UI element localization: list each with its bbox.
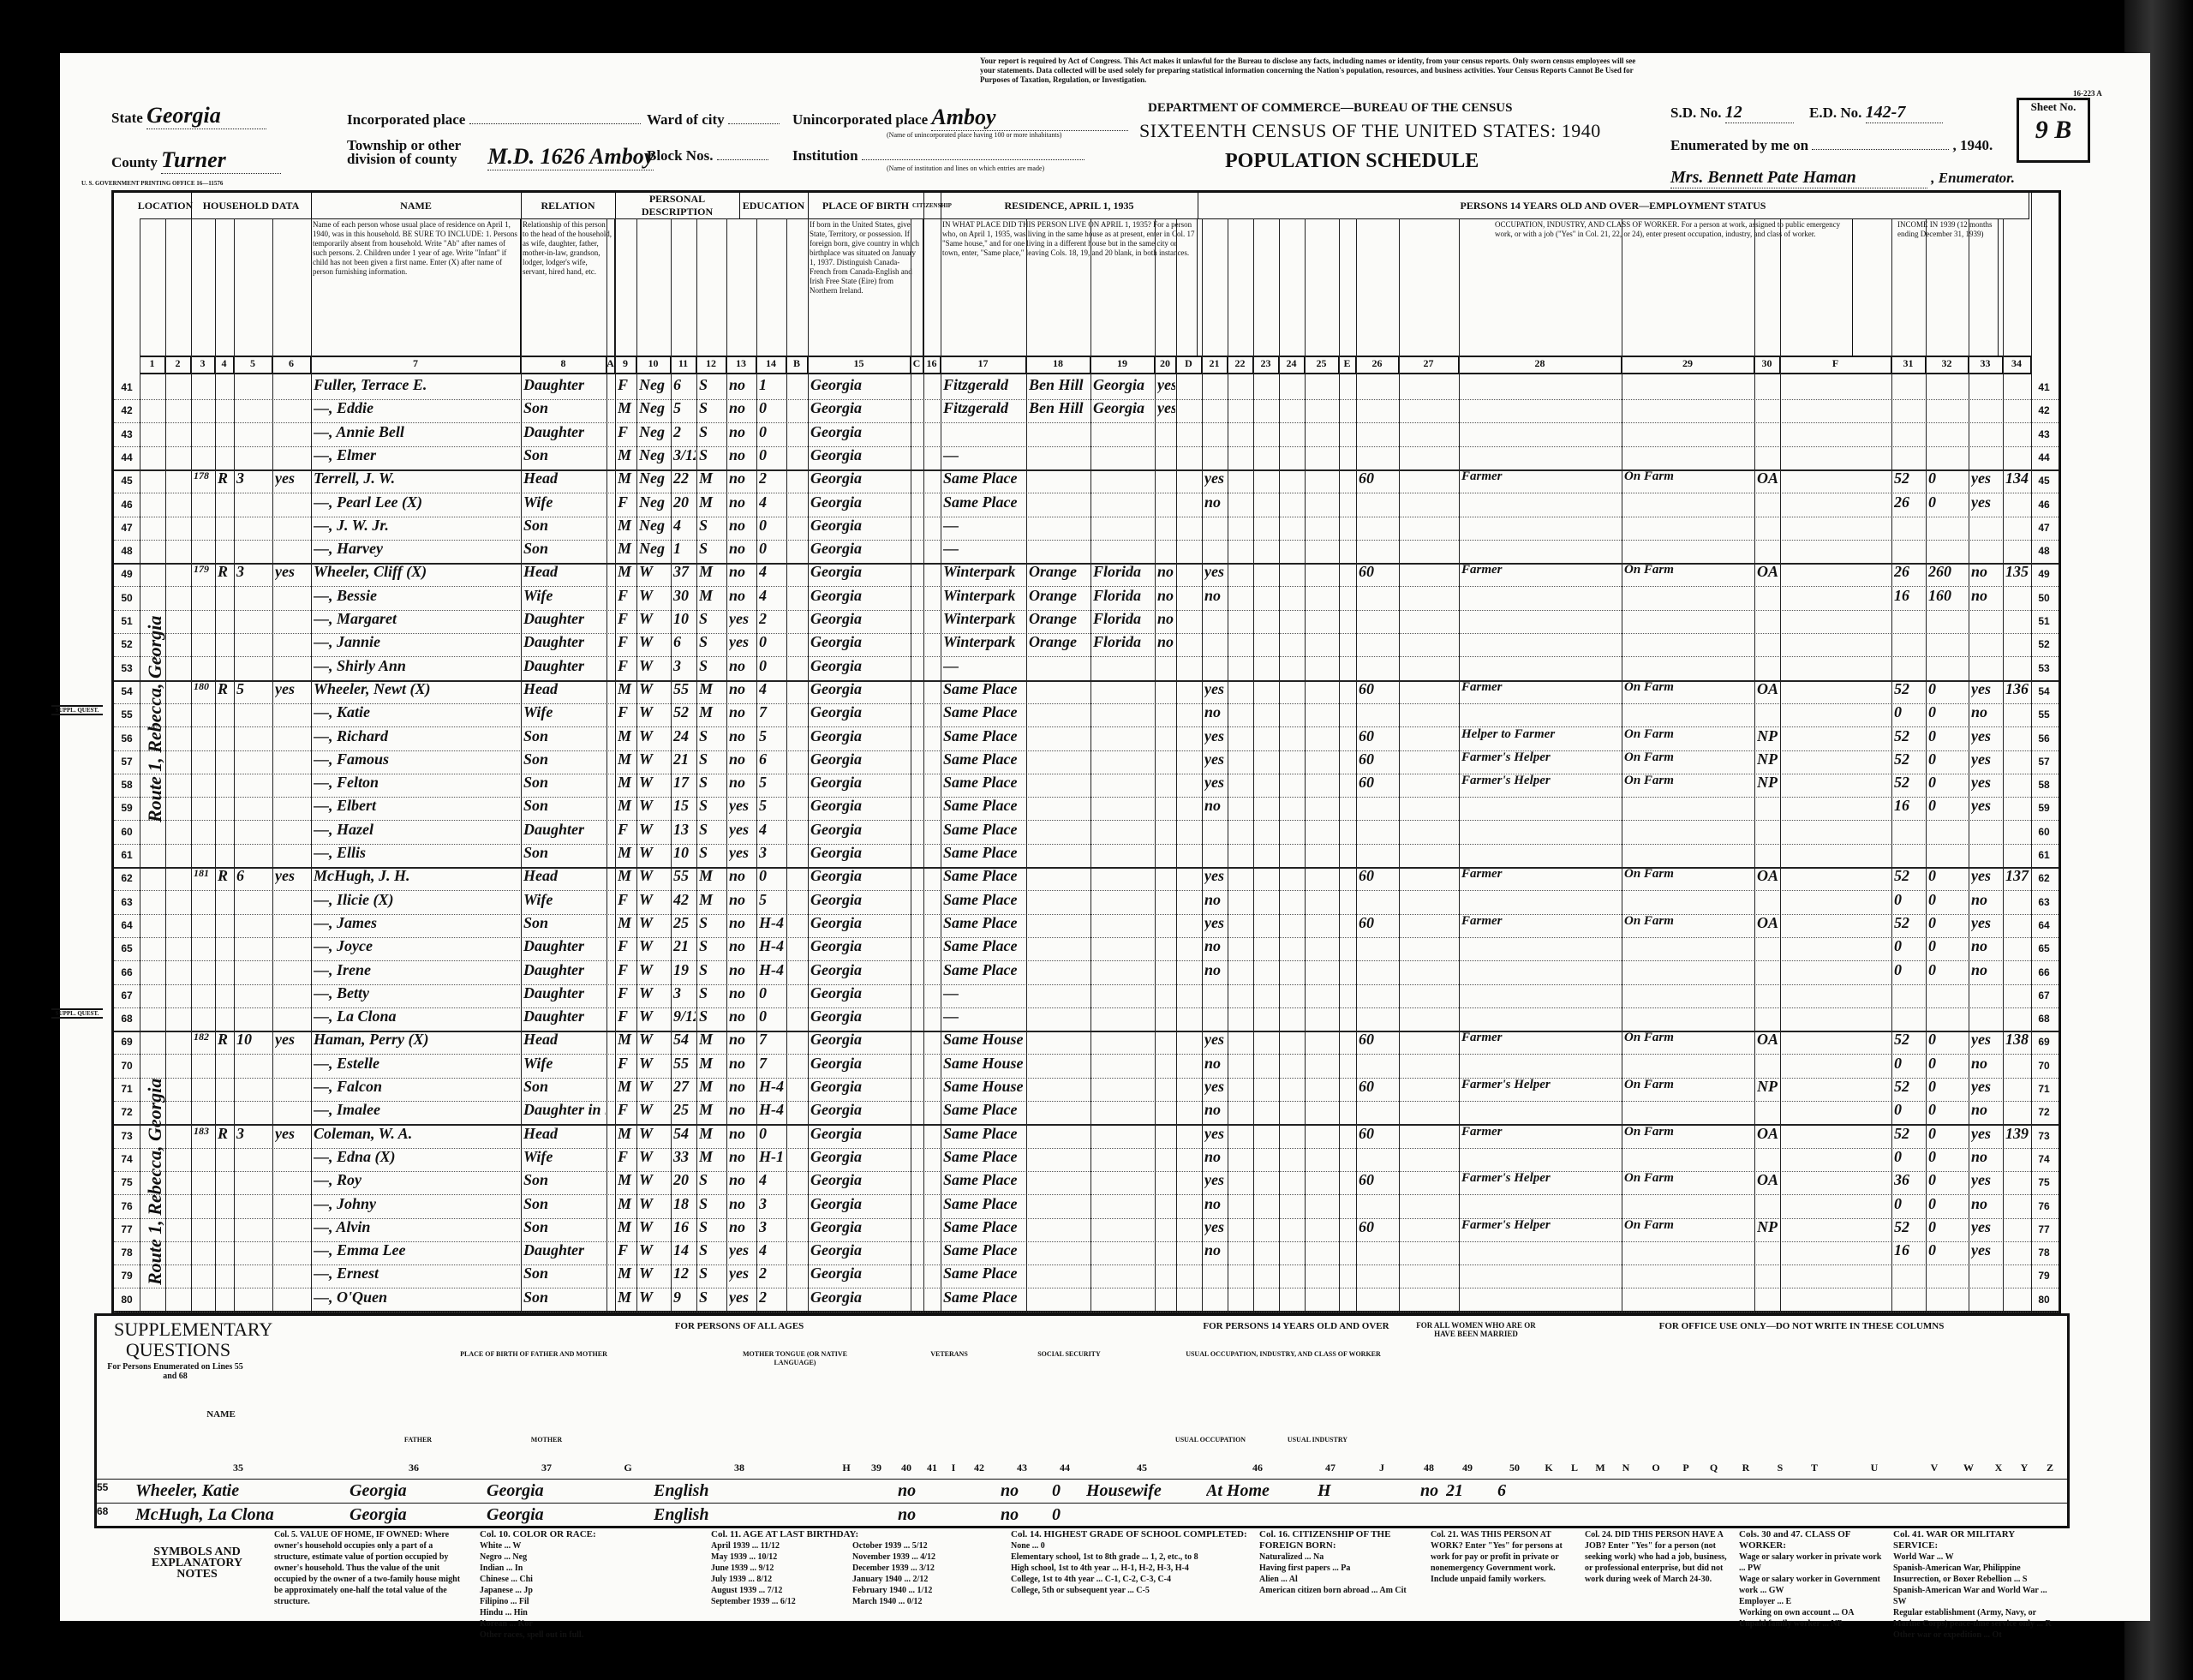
cell-value: [236, 1101, 272, 1123]
cell-res-county: [1029, 1148, 1090, 1170]
column-number: 10: [636, 356, 671, 374]
cell-res-state: [1093, 821, 1154, 843]
cell-marital: S: [699, 797, 726, 819]
cell-school: yes: [729, 610, 756, 632]
cell-wages: 0: [1928, 867, 1968, 889]
cell-race: W: [639, 610, 670, 632]
cell-hours: [1359, 1101, 1398, 1123]
table-row: 6969182R10yesHaman, Perry (X)HeadMW54Mno…: [114, 1029, 2059, 1055]
cell-dwelling: [194, 1055, 214, 1077]
cell-dwelling: [194, 1195, 214, 1217]
cell-school: yes: [729, 797, 756, 819]
column-divider: [1026, 218, 1027, 1311]
cell-class: [1757, 703, 1779, 726]
line-number-right: 52: [2031, 638, 2057, 650]
cell-class: NP: [1757, 774, 1779, 796]
cell-res-city: Fitzgerald: [943, 376, 1025, 398]
cell-hours: 60: [1359, 867, 1398, 889]
column-divider: [2031, 193, 2032, 1311]
cell-at-work: [1204, 984, 1227, 1007]
column-number: 7: [311, 356, 521, 374]
line-number: 78: [114, 1247, 140, 1259]
supp-cell-mother: Georgia: [487, 1481, 607, 1504]
cell-race: W: [639, 1007, 670, 1030]
line-number: 70: [114, 1060, 140, 1072]
cell-age: 55: [673, 1055, 696, 1077]
cell-industry: On Farm: [1624, 680, 1754, 702]
column-divider: [1356, 218, 1357, 1311]
cell-farm-no: [2005, 1101, 2030, 1123]
cell-farm: yes: [275, 1031, 310, 1053]
cell-occupation: [1461, 821, 1621, 843]
line-number: 44: [114, 451, 140, 463]
supp-cell-occupation: Housewife: [1086, 1481, 1198, 1504]
cell-weeks: 52: [1894, 1078, 1925, 1100]
cell-res-county: [1029, 797, 1090, 819]
cell-dwelling: 180: [194, 680, 214, 702]
note-col24: Col. 24. DID THIS PERSON HAVE A JOB? Ent…: [1585, 1529, 1730, 1585]
cell-birthplace: Georgia: [810, 657, 910, 679]
col-father: FATHER: [354, 1436, 482, 1444]
cell-res-county: [1029, 517, 1090, 539]
cell-wages: [1928, 657, 1968, 679]
note-item: February 1940 ... 1/12: [852, 1585, 985, 1596]
cell-farm-no: [2005, 633, 2030, 655]
cell-value: [236, 657, 272, 679]
cell-at-work: [1204, 446, 1227, 469]
cell-birthplace: Georgia: [810, 633, 910, 655]
line-number-right: 65: [2031, 942, 2057, 954]
column-number: 14: [756, 356, 786, 374]
cell-own: [218, 750, 233, 773]
cell-hours: 60: [1359, 774, 1398, 796]
cell-value: 6: [236, 867, 272, 889]
cell-class: [1757, 657, 1779, 679]
supp-column-number: 38: [645, 1462, 834, 1474]
supp-column-number: 35: [131, 1462, 345, 1474]
cell-res-state: Georgia: [1093, 376, 1154, 398]
cell-value: [236, 1055, 272, 1077]
supp-cell-children: [1497, 1505, 1532, 1528]
cell-value: [236, 844, 272, 866]
cell-occupation: [1461, 844, 1621, 866]
note-item: Chinese ... Chi: [480, 1574, 677, 1585]
cell-name: —, Pearl Lee (X): [314, 493, 520, 516]
cell-marital: M: [699, 1148, 726, 1170]
cell-class: [1757, 399, 1779, 421]
cell-wages: 0: [1928, 1195, 1968, 1217]
table-row: 6666—, IreneDaughterFW19SnoH-4GeorgiaSam…: [114, 960, 2059, 985]
cell-res-farm: [1157, 680, 1175, 702]
table-row: 6767—, BettyDaughterFW3Sno0Georgia—: [114, 983, 2059, 1008]
cell-sex: F: [618, 1007, 636, 1030]
county-value: Turner: [161, 147, 281, 174]
line-number-right: 51: [2031, 615, 2057, 627]
cell-res-county: Ben Hill: [1029, 376, 1090, 398]
table-row: 5858—, FeltonSonMW17Sno5GeorgiaSame Plac…: [114, 772, 2059, 798]
cell-other-income: yes: [1971, 867, 2002, 889]
cell-res-county: [1029, 1007, 1090, 1030]
cell-at-work: [1204, 399, 1227, 421]
cell-farm: [275, 984, 310, 1007]
cell-own: [218, 423, 233, 445]
cell-res-farm: [1157, 540, 1175, 562]
cell-grade: H-4: [759, 961, 786, 983]
cell-other-income: [1971, 657, 2002, 679]
cell-relation: Wife: [523, 1148, 606, 1170]
cell-at-work: yes: [1204, 1218, 1227, 1241]
cell-marital: S: [699, 984, 726, 1007]
cell-marital: S: [699, 540, 726, 562]
cell-res-farm: [1157, 774, 1175, 796]
table-row: 4141Fuller, Terrace E.DaughterFNeg6Sno1G…: [114, 374, 2059, 400]
cell-industry: [1624, 657, 1754, 679]
cell-res-farm: [1157, 1288, 1175, 1311]
cell-res-state: [1093, 961, 1154, 983]
col-usual-industry: USUAL INDUSTRY: [1262, 1436, 1373, 1444]
column-number: 4: [215, 356, 234, 374]
line-number-right: 47: [2031, 522, 2057, 534]
cell-wages: 0: [1928, 727, 1968, 750]
cell-weeks: 0: [1894, 1148, 1925, 1170]
cell-wages: [1928, 1288, 1968, 1311]
cell-class: [1757, 1007, 1779, 1030]
cell-dwelling: [194, 610, 214, 632]
table-row: 7777—, AlvinSonMW16Sno3GeorgiaSame Place…: [114, 1217, 2059, 1242]
cell-farm-no: [2005, 750, 2030, 773]
cell-res-city: Same Place: [943, 961, 1025, 983]
table-row: 7373183R3yesColeman, W. A.HeadMW54Mno0Ge…: [114, 1123, 2059, 1149]
cell-weeks: [1894, 821, 1925, 843]
cell-res-state: [1093, 1055, 1154, 1077]
cell-race: W: [639, 844, 670, 866]
cell-grade: 7: [759, 703, 786, 726]
cell-farm: [275, 587, 310, 609]
cell-birthplace: Georgia: [810, 774, 910, 796]
cell-farm: [275, 376, 310, 398]
cell-birthplace: Georgia: [810, 376, 910, 398]
cell-res-state: Florida: [1093, 610, 1154, 632]
supp-column-number: 41: [919, 1462, 945, 1474]
cell-hours: [1359, 376, 1398, 398]
cell-farm-no: 139: [2005, 1125, 2030, 1147]
cell-res-county: [1029, 750, 1090, 773]
cell-relation: Head: [523, 469, 606, 492]
cell-class: OA: [1757, 914, 1779, 936]
line-number-right: 63: [2031, 896, 2057, 908]
cell-farm: [275, 937, 310, 960]
cell-weeks: [1894, 984, 1925, 1007]
cell-birthplace: Georgia: [810, 1264, 910, 1287]
cell-farm: [275, 750, 310, 773]
cell-farm: yes: [275, 680, 310, 702]
cell-grade: 4: [759, 1171, 786, 1193]
line-number-right: 55: [2031, 708, 2057, 720]
column-divider: [1176, 218, 1177, 1311]
cell-class: NP: [1757, 1218, 1779, 1241]
cell-res-city: Winterpark: [943, 563, 1025, 585]
cell-value: [236, 1078, 272, 1100]
cell-age: 4: [673, 517, 696, 539]
cell-name: —, Irene: [314, 961, 520, 983]
cell-name: —, Richard: [314, 727, 520, 750]
note-col30-title: Cols. 30 and 47. CLASS OF WORKER:: [1739, 1529, 1885, 1551]
cell-res-county: [1029, 1195, 1090, 1217]
cell-industry: On Farm: [1624, 563, 1754, 585]
ward-field: Ward of city: [647, 111, 780, 129]
cell-value: [236, 750, 272, 773]
cell-farm: [275, 821, 310, 843]
cell-wages: [1928, 517, 1968, 539]
supp-cell-industry: [1206, 1505, 1309, 1528]
cell-other-income: no: [1971, 961, 2002, 983]
cell-race: Neg: [639, 469, 670, 492]
column-number: 34: [2003, 356, 2031, 374]
cell-birthplace: Georgia: [810, 750, 910, 773]
note-col30-list: Wage or salary worker in private work ..…: [1739, 1551, 1885, 1629]
cell-res-county: Orange: [1029, 563, 1090, 585]
cell-birthplace: Georgia: [810, 1078, 910, 1100]
cell-wages: 0: [1928, 1241, 1968, 1264]
state-label: State: [111, 110, 143, 126]
cell-at-work: [1204, 821, 1227, 843]
cell-farm-no: [2005, 399, 2030, 421]
cell-class: [1757, 1288, 1779, 1311]
cell-own: [218, 1264, 233, 1287]
cell-race: W: [639, 563, 670, 585]
cell-weeks: [1894, 399, 1925, 421]
supp-column-number: 45: [1082, 1462, 1202, 1474]
cell-dwelling: [194, 423, 214, 445]
cell-relation: Daughter: [523, 821, 606, 843]
cell-res-farm: [1157, 891, 1175, 913]
incorporated-place-label: Incorporated place: [347, 111, 465, 128]
cell-race: W: [639, 1078, 670, 1100]
cell-age: 54: [673, 1125, 696, 1147]
cell-race: W: [639, 1218, 670, 1241]
cell-weeks: [1894, 1007, 1925, 1030]
cell-class: OA: [1757, 1171, 1779, 1193]
cell-res-city: Same Place: [943, 844, 1025, 866]
supplementary-title: SUPPLEMENTARY QUESTIONS: [114, 1319, 242, 1360]
line-number: 67: [114, 989, 140, 1001]
hdr-parent-birthplace: PLACE OF BIRTH OF FATHER AND MOTHER: [354, 1350, 714, 1359]
cell-at-work: yes: [1204, 680, 1227, 702]
note-col41-title: Col. 41. WAR OR MILITARY SERVICE:: [1893, 1529, 2056, 1551]
cell-grade: 4: [759, 821, 786, 843]
cell-value: [236, 937, 272, 960]
column-number: 9: [615, 356, 636, 374]
cell-sex: F: [618, 376, 636, 398]
cell-occupation: [1461, 633, 1621, 655]
cell-res-city: —: [943, 984, 1025, 1007]
cell-marital: M: [699, 703, 726, 726]
cell-res-city: Same Place: [943, 1148, 1025, 1170]
cell-farm-no: [2005, 657, 2030, 679]
cell-hours: [1359, 797, 1398, 819]
cell-weeks: 52: [1894, 1218, 1925, 1241]
cell-sex: F: [618, 1148, 636, 1170]
census-title: SIXTEENTH CENSUS OF THE UNITED STATES: 1…: [1139, 120, 1601, 142]
cell-industry: [1624, 517, 1754, 539]
cell-relation: Son: [523, 1264, 606, 1287]
cell-farm-no: [2005, 1288, 2030, 1311]
note-item: Other races, spell out in full.: [480, 1629, 677, 1641]
cell-res-county: [1029, 469, 1090, 492]
cell-farm-no: [2005, 1007, 2030, 1030]
group-office-use: FOR OFFICE USE ONLY—DO NOT WRITE IN THES…: [1553, 1321, 2050, 1331]
institution-field: Institution (Name of institution and lin…: [792, 147, 1085, 172]
cell-own: [218, 1195, 233, 1217]
supp-column-number: H: [834, 1462, 859, 1474]
state-value: Georgia: [146, 103, 266, 129]
table-row: 6060—, HazelDaughterFW13Syes4GeorgiaSame…: [114, 819, 2059, 845]
column-divider: [215, 218, 216, 1311]
cell-class: [1757, 1055, 1779, 1077]
supp-column-number: 49: [1442, 1462, 1493, 1474]
cell-relation: Wife: [523, 1055, 606, 1077]
cell-school: no: [729, 914, 756, 936]
cell-class: [1757, 844, 1779, 866]
cell-value: [236, 376, 272, 398]
column-number: 19: [1091, 356, 1155, 374]
cell-value: [236, 1288, 272, 1311]
note-item: Alien ... Al: [1259, 1574, 1422, 1585]
supp-column-number: X: [1986, 1462, 2011, 1474]
cell-name: —, James: [314, 914, 520, 936]
cell-res-state: [1093, 1241, 1154, 1264]
column-divider: [1279, 218, 1280, 1311]
cell-value: [236, 891, 272, 913]
cell-dwelling: [194, 961, 214, 983]
column-divider: [1969, 218, 1969, 1311]
incorporated-place-field: Incorporated place: [347, 111, 641, 129]
cell-value: [236, 1007, 272, 1030]
table-row: 7070—, EstelleWifeFW55Mno7GeorgiaSame Ho…: [114, 1053, 2059, 1079]
cell-class: [1757, 1195, 1779, 1217]
table-row: 5050—, BessieWifeFW30Mno4GeorgiaWinterpa…: [114, 585, 2059, 611]
cell-res-state: [1093, 680, 1154, 702]
cell-hours: [1359, 1148, 1398, 1170]
cell-hours: 60: [1359, 1171, 1398, 1193]
cell-value: [236, 633, 272, 655]
cell-grade: 4: [759, 563, 786, 585]
column-number: 29: [1622, 356, 1754, 374]
column-divider: [140, 218, 140, 1311]
cell-res-county: [1029, 493, 1090, 516]
cell-birthplace: Georgia: [810, 1241, 910, 1264]
cell-age: 9: [673, 1288, 696, 1311]
cell-sex: M: [618, 1288, 636, 1311]
cell-occupation: Farmer: [1461, 867, 1621, 889]
cell-weeks: [1894, 517, 1925, 539]
cell-farm: yes: [275, 563, 310, 585]
supplementary-row: 55Wheeler, KatieGeorgiaGeorgiaEnglishnon…: [97, 1479, 2067, 1505]
cell-dwelling: [194, 376, 214, 398]
line-number: 42: [114, 404, 140, 416]
cell-industry: On Farm: [1624, 1031, 1754, 1053]
cell-weeks: 0: [1894, 937, 1925, 960]
cell-value: [236, 587, 272, 609]
cell-value: 3: [236, 1125, 272, 1147]
hdr-mother-tongue: MOTHER TONGUE (OR NATIVE LANGUAGE): [731, 1350, 859, 1367]
cell-farm: [275, 1195, 310, 1217]
cell-name: —, Elmer: [314, 446, 520, 469]
cell-res-city: Same Place: [943, 1264, 1025, 1287]
cell-occupation: [1461, 1195, 1621, 1217]
cell-res-state: [1093, 891, 1154, 913]
cell-occupation: Farmer's Helper: [1461, 1078, 1621, 1100]
cell-res-city: Same Place: [943, 1125, 1025, 1147]
column-number: 24: [1279, 356, 1305, 374]
cell-res-farm: no: [1157, 587, 1175, 609]
cell-at-work: no: [1204, 1241, 1227, 1264]
cell-occupation: [1461, 423, 1621, 445]
cell-hours: 60: [1359, 1031, 1398, 1053]
cell-occupation: Farmer: [1461, 469, 1621, 492]
cell-hours: 60: [1359, 1218, 1398, 1241]
cell-own: [218, 844, 233, 866]
cell-farm-no: [2005, 610, 2030, 632]
cell-at-work: yes: [1204, 914, 1227, 936]
cell-name: Haman, Perry (X): [314, 1031, 520, 1053]
supp-column-number: 47: [1313, 1462, 1347, 1474]
cell-industry: On Farm: [1624, 469, 1754, 492]
cell-other-income: [1971, 1264, 2002, 1287]
cell-res-county: [1029, 1125, 1090, 1147]
cell-sex: M: [618, 797, 636, 819]
note-item: Naturalized ... Na: [1259, 1551, 1422, 1563]
line-number: 47: [114, 522, 140, 534]
enumerated-date: [1812, 149, 1949, 150]
cell-occupation: Farmer: [1461, 563, 1621, 585]
cell-res-city: Same Place: [943, 493, 1025, 516]
cell-other-income: yes: [1971, 774, 2002, 796]
cell-res-state: [1093, 1195, 1154, 1217]
cell-dwelling: [194, 657, 214, 679]
cell-birthplace: Georgia: [810, 610, 910, 632]
supp-column-number: Q: [1699, 1462, 1729, 1474]
cell-res-state: [1093, 1125, 1154, 1147]
supp-cell-name: McHugh, La Clona: [135, 1505, 341, 1528]
column-number: 3: [191, 356, 215, 374]
cell-grade: H-4: [759, 1101, 786, 1123]
cell-res-city: Fitzgerald: [943, 399, 1025, 421]
line-number-right: 56: [2031, 732, 2057, 744]
cell-hours: [1359, 961, 1398, 983]
cell-age: 55: [673, 867, 696, 889]
line-number: 57: [114, 756, 140, 768]
cell-name: —, Margaret: [314, 610, 520, 632]
cell-weeks: 0: [1894, 1195, 1925, 1217]
table-row: 5151—, MargaretDaughterFW10Syes2GeorgiaW…: [114, 608, 2059, 634]
supp-cell-class: [1318, 1505, 1343, 1528]
note-col14: Col. 14. HIGHEST GRADE OF SCHOOL COMPLET…: [1011, 1529, 1251, 1596]
column-divider: [1155, 218, 1156, 1311]
cell-school: no: [729, 1031, 756, 1053]
note-col16: Col. 16. CITIZENSHIP OF THE FOREIGN BORN…: [1259, 1529, 1422, 1596]
unincorporated-place-field: Unincorporated place Amboy (Name of unin…: [792, 105, 1128, 139]
cell-dwelling: [194, 844, 214, 866]
cell-sex: F: [618, 1101, 636, 1123]
cell-occupation: [1461, 517, 1621, 539]
cell-age: 16: [673, 1218, 696, 1241]
cell-at-work: no: [1204, 1101, 1227, 1123]
cell-own: [218, 1101, 233, 1123]
cell-name: Wheeler, Newt (X): [314, 680, 520, 702]
cell-farm-no: [2005, 961, 2030, 983]
cell-age: 54: [673, 1031, 696, 1053]
